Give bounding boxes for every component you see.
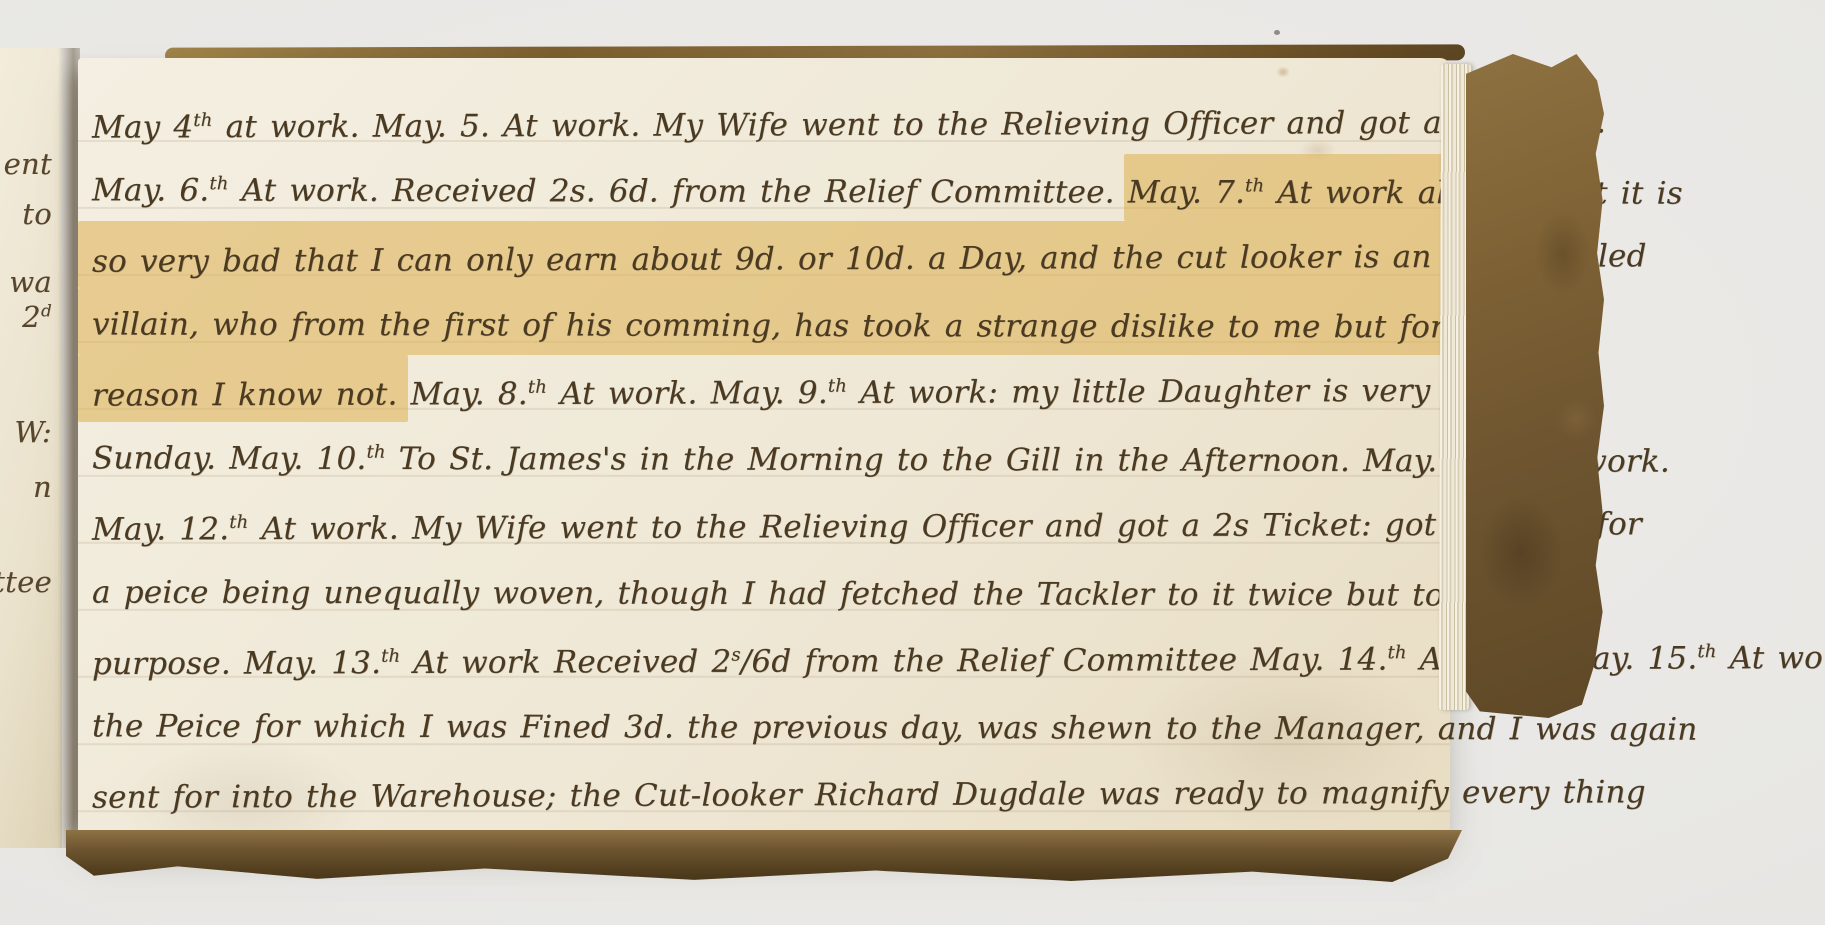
manuscript-line: a peice being unequally woven, though I … [92, 564, 1496, 634]
superscript: th [528, 377, 547, 398]
manuscript-text: reason I know not. [92, 377, 398, 414]
manuscript-line: so very bad that I can only earn about 9… [92, 227, 1647, 299]
manuscript-text: At work. My Wife went to the Relieving O… [248, 507, 1571, 548]
manuscript-text: At work. Received 2s. 6d. from the Relie… [228, 173, 1127, 211]
superscript: th [1387, 642, 1406, 663]
facing-page-text-fragment: ent [4, 147, 52, 181]
superscript: th [828, 376, 847, 397]
manuscript-line: reason I know not. May. 8.th At work. Ma… [92, 361, 1569, 433]
manuscript-line: May 4th at work. May. 5. At work. My Wif… [92, 93, 1606, 165]
superscript: th [193, 110, 212, 131]
manuscript-text: purpose. May. 13. [92, 645, 381, 682]
manuscript-text: villain, who from the first of his commi… [92, 306, 1536, 345]
manuscript-text: May. 8. [397, 376, 527, 412]
facing-page-text-fragment: ttee [0, 565, 52, 599]
manuscript-line: Sunday. May. 10.th To St. James's in the… [92, 429, 1670, 499]
manuscript-text: At work Received 2 [400, 644, 731, 681]
facing-page-text-fragment: W: [14, 415, 52, 449]
manuscript-line: villain, who from the first of his commi… [92, 295, 1536, 365]
manuscript-text: Sunday. May. 10. [92, 440, 367, 477]
book-gutter-shadow [58, 48, 80, 848]
superscript: th [1697, 641, 1716, 662]
manuscript-text: sent for into the Warehouse; the Cut-loo… [92, 774, 1646, 815]
facing-page-text-fragment: 2d [22, 300, 52, 334]
superscript: th [229, 512, 248, 533]
manuscript-line: May. 12.th At work. My Wife went to the … [92, 495, 1642, 567]
manuscript-text: May. 6. [92, 172, 209, 208]
dust-speck [1274, 30, 1280, 35]
facing-page-text-fragment: to [22, 197, 52, 231]
manuscript-text: /6d from the Relief Committee May. 14. [741, 642, 1388, 680]
superscript: th [209, 173, 228, 194]
facing-page-text-fragment: n [33, 470, 52, 504]
photo-backdrop: enttowa2dW:nttee May 4th at work. May. 5… [0, 0, 1825, 925]
manuscript-text: At work. May. 9. [547, 375, 828, 412]
superscript: th [366, 442, 385, 463]
manuscript-text: At work: [1717, 640, 1825, 677]
manuscript-text: so very bad that I can only earn about 9… [92, 238, 1647, 279]
manuscript-text: at work. May. 5. At work. My Wife went t… [212, 105, 1474, 145]
manuscript-line: sent for into the Warehouse; the Cut-loo… [92, 763, 1646, 835]
book-cover-right-edge [1466, 54, 1604, 718]
manuscript-text: a peice being unequally woven, though I … [92, 575, 1496, 614]
manuscript-text: To St. James's in the Morning to the Gil… [386, 441, 1501, 479]
manuscript-text: the Peice for which I was Fined 3d. the … [92, 708, 1698, 747]
superscript: th [1245, 175, 1264, 196]
manuscript-text: May 4 [92, 109, 193, 145]
superscript: s [731, 645, 740, 666]
facing-page-text-fragment: wa [9, 265, 52, 299]
manuscript-lines: May 4th at work. May. 5. At work. My Wif… [92, 96, 1472, 856]
superscript: th [381, 646, 400, 667]
manuscript-text: May. 7. [1128, 175, 1245, 211]
facing-page-edge: enttowa2dW:nttee [0, 48, 62, 848]
manuscript-text: May. 12. [92, 511, 229, 547]
